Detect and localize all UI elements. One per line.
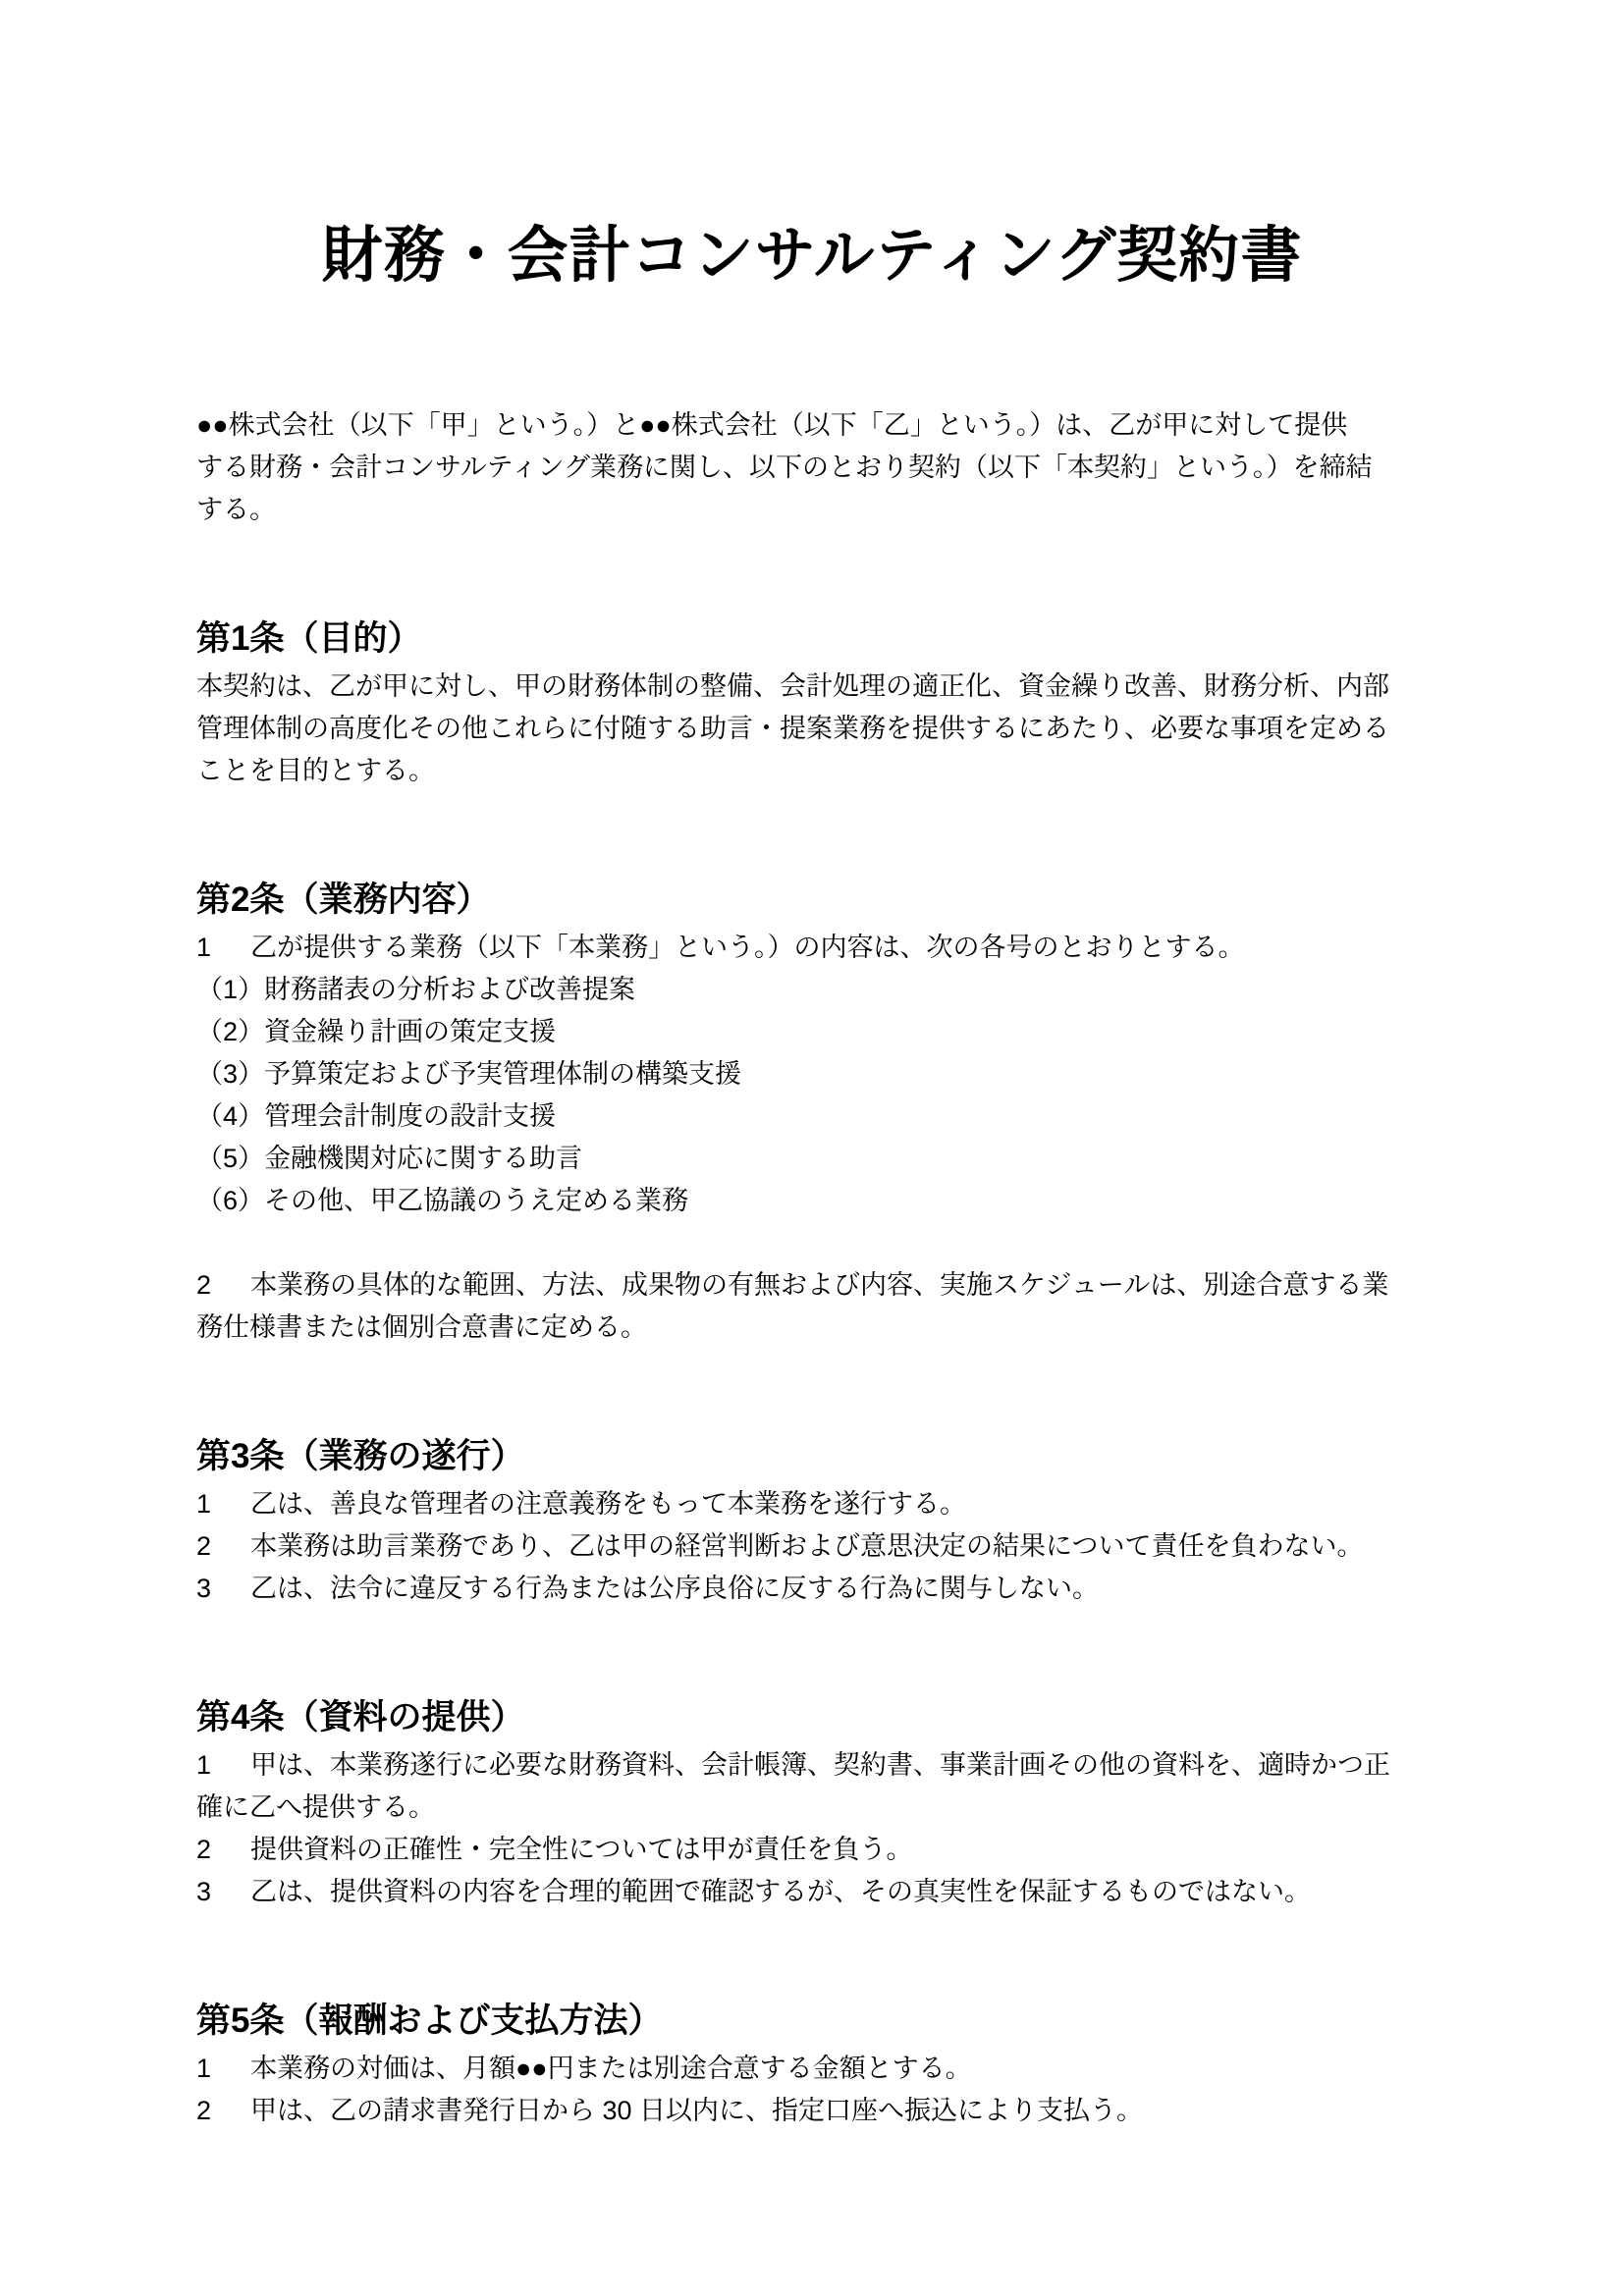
clause-text: 甲は、本業務遂行に必要な財務資料、会計帳簿、契約書、事業計画その他の資料を、適時… [196,1750,1390,1822]
article-2-item-4: （4）管理会計制度の設計支援 [196,1095,1428,1138]
clause-number: 3 [196,1871,250,1913]
clause-number: 1 [196,2048,250,2090]
clause-text: 本業務の具体的な範囲、方法、成果物の有無および内容、実施スケジュールは、別途合意… [196,1270,1388,1342]
clause-number: 1 [196,1483,250,1525]
clause-text: 提供資料の正確性・完全性については甲が責任を負う。 [250,1835,912,1864]
article-3-heading: 第3条（業務の遂行） [196,1433,1428,1480]
clause-text: 本業務の対価は、月額●●円または別途合意する金額とする。 [250,2054,972,2083]
clause-text: 乙は、善良な管理者の注意義務をもって本業務を遂行する。 [250,1489,966,1519]
article-2-item-3: （3）予算策定および予実管理体制の構築支援 [196,1053,1428,1095]
clause-text: 甲は、乙の請求書発行日から 30 日以内に、指定口座へ振込により支払う。 [250,2096,1143,2125]
article-3-clause-1: 1乙は、善良な管理者の注意義務をもって本業務を遂行する。 [196,1483,1428,1525]
clause-text: 乙が提供する業務（以下「本業務」という。）の内容は、次の各号のとおりとする。 [250,933,1245,962]
article-2-heading: 第2条（業務内容） [196,877,1428,924]
article-4: 第4条（資料の提供） 1甲は、本業務遂行に必要な財務資料、会計帳簿、契約書、事業… [196,1694,1428,1913]
article-4-clause-2: 2提供資料の正確性・完全性については甲が責任を負う。 [196,1829,1428,1871]
clause-number: 1 [196,927,250,969]
article-2-item-5: （5）金融機関対応に関する助言 [196,1138,1428,1180]
article-4-heading: 第4条（資料の提供） [196,1694,1428,1741]
article-2-clause-2: 2本業務の具体的な範囲、方法、成果物の有無および内容、実施スケジュールは、別途合… [196,1264,1428,1349]
article-2-item-6: （6）その他、甲乙協議のうえ定める業務 [196,1180,1428,1222]
clause-text: 乙は、提供資料の内容を合理的範囲で確認するが、その真実性を保証するものではない。 [250,1877,1311,1906]
article-2-item-2: （2）資金繰り計画の策定支援 [196,1011,1428,1053]
document-title: 財務・会計コンサルティング契約書 [196,218,1428,294]
article-5: 第5条（報酬および支払方法） 1本業務の対価は、月額●●円または別途合意する金額… [196,1998,1428,2132]
clause-text: 乙は、法令に違反する行為または公序良俗に反する行為に関与しない。 [250,1574,1099,1603]
clause-number: 2 [196,1525,250,1568]
clause-number: 2 [196,1264,250,1307]
article-5-clause-2: 2甲は、乙の請求書発行日から 30 日以内に、指定口座へ振込により支払う。 [196,2090,1428,2132]
clause-number: 3 [196,1568,250,1610]
article-5-clause-1: 1本業務の対価は、月額●●円または別途合意する金額とする。 [196,2048,1428,2090]
article-3-clause-2: 2本業務は助言業務であり、乙は甲の経営判断および意思決定の結果について責任を負わ… [196,1525,1428,1568]
article-2-item-1: （1）財務諸表の分析および改善提案 [196,969,1428,1011]
contract-document-page: 財務・会計コンサルティング契約書 ●●株式会社（以下「甲」という。）と●●株式会… [0,0,1624,2296]
article-3: 第3条（業務の遂行） 1乙は、善良な管理者の注意義務をもって本業務を遂行する。 … [196,1433,1428,1610]
preamble-paragraph: ●●株式会社（以下「甲」という。）と●●株式会社（以下「乙」という。）は、乙が甲… [196,404,1428,531]
article-2-clause-1: 1乙が提供する業務（以下「本業務」という。）の内容は、次の各号のとおりとする。 [196,927,1428,969]
clause-number: 2 [196,1829,250,1871]
article-3-clause-3: 3乙は、法令に違反する行為または公序良俗に反する行為に関与しない。 [196,1568,1428,1610]
article-1: 第1条（目的） 本契約は、乙が甲に対し、甲の財務体制の整備、会計処理の適正化、資… [196,615,1428,792]
article-2: 第2条（業務内容） 1乙が提供する業務（以下「本業務」という。）の内容は、次の各… [196,877,1428,1349]
article-1-body: 本契約は、乙が甲に対し、甲の財務体制の整備、会計処理の適正化、資金繰り改善、財務… [196,666,1428,792]
article-4-clause-1: 1甲は、本業務遂行に必要な財務資料、会計帳簿、契約書、事業計画その他の資料を、適… [196,1744,1428,1829]
clause-number: 1 [196,1744,250,1787]
article-4-clause-3: 3乙は、提供資料の内容を合理的範囲で確認するが、その真実性を保証するものではない… [196,1871,1428,1913]
clause-number: 2 [196,2090,250,2132]
article-1-heading: 第1条（目的） [196,615,1428,663]
clause-text: 本業務は助言業務であり、乙は甲の経営判断および意思決定の結果について責任を負わな… [250,1531,1363,1561]
article-5-heading: 第5条（報酬および支払方法） [196,1998,1428,2045]
